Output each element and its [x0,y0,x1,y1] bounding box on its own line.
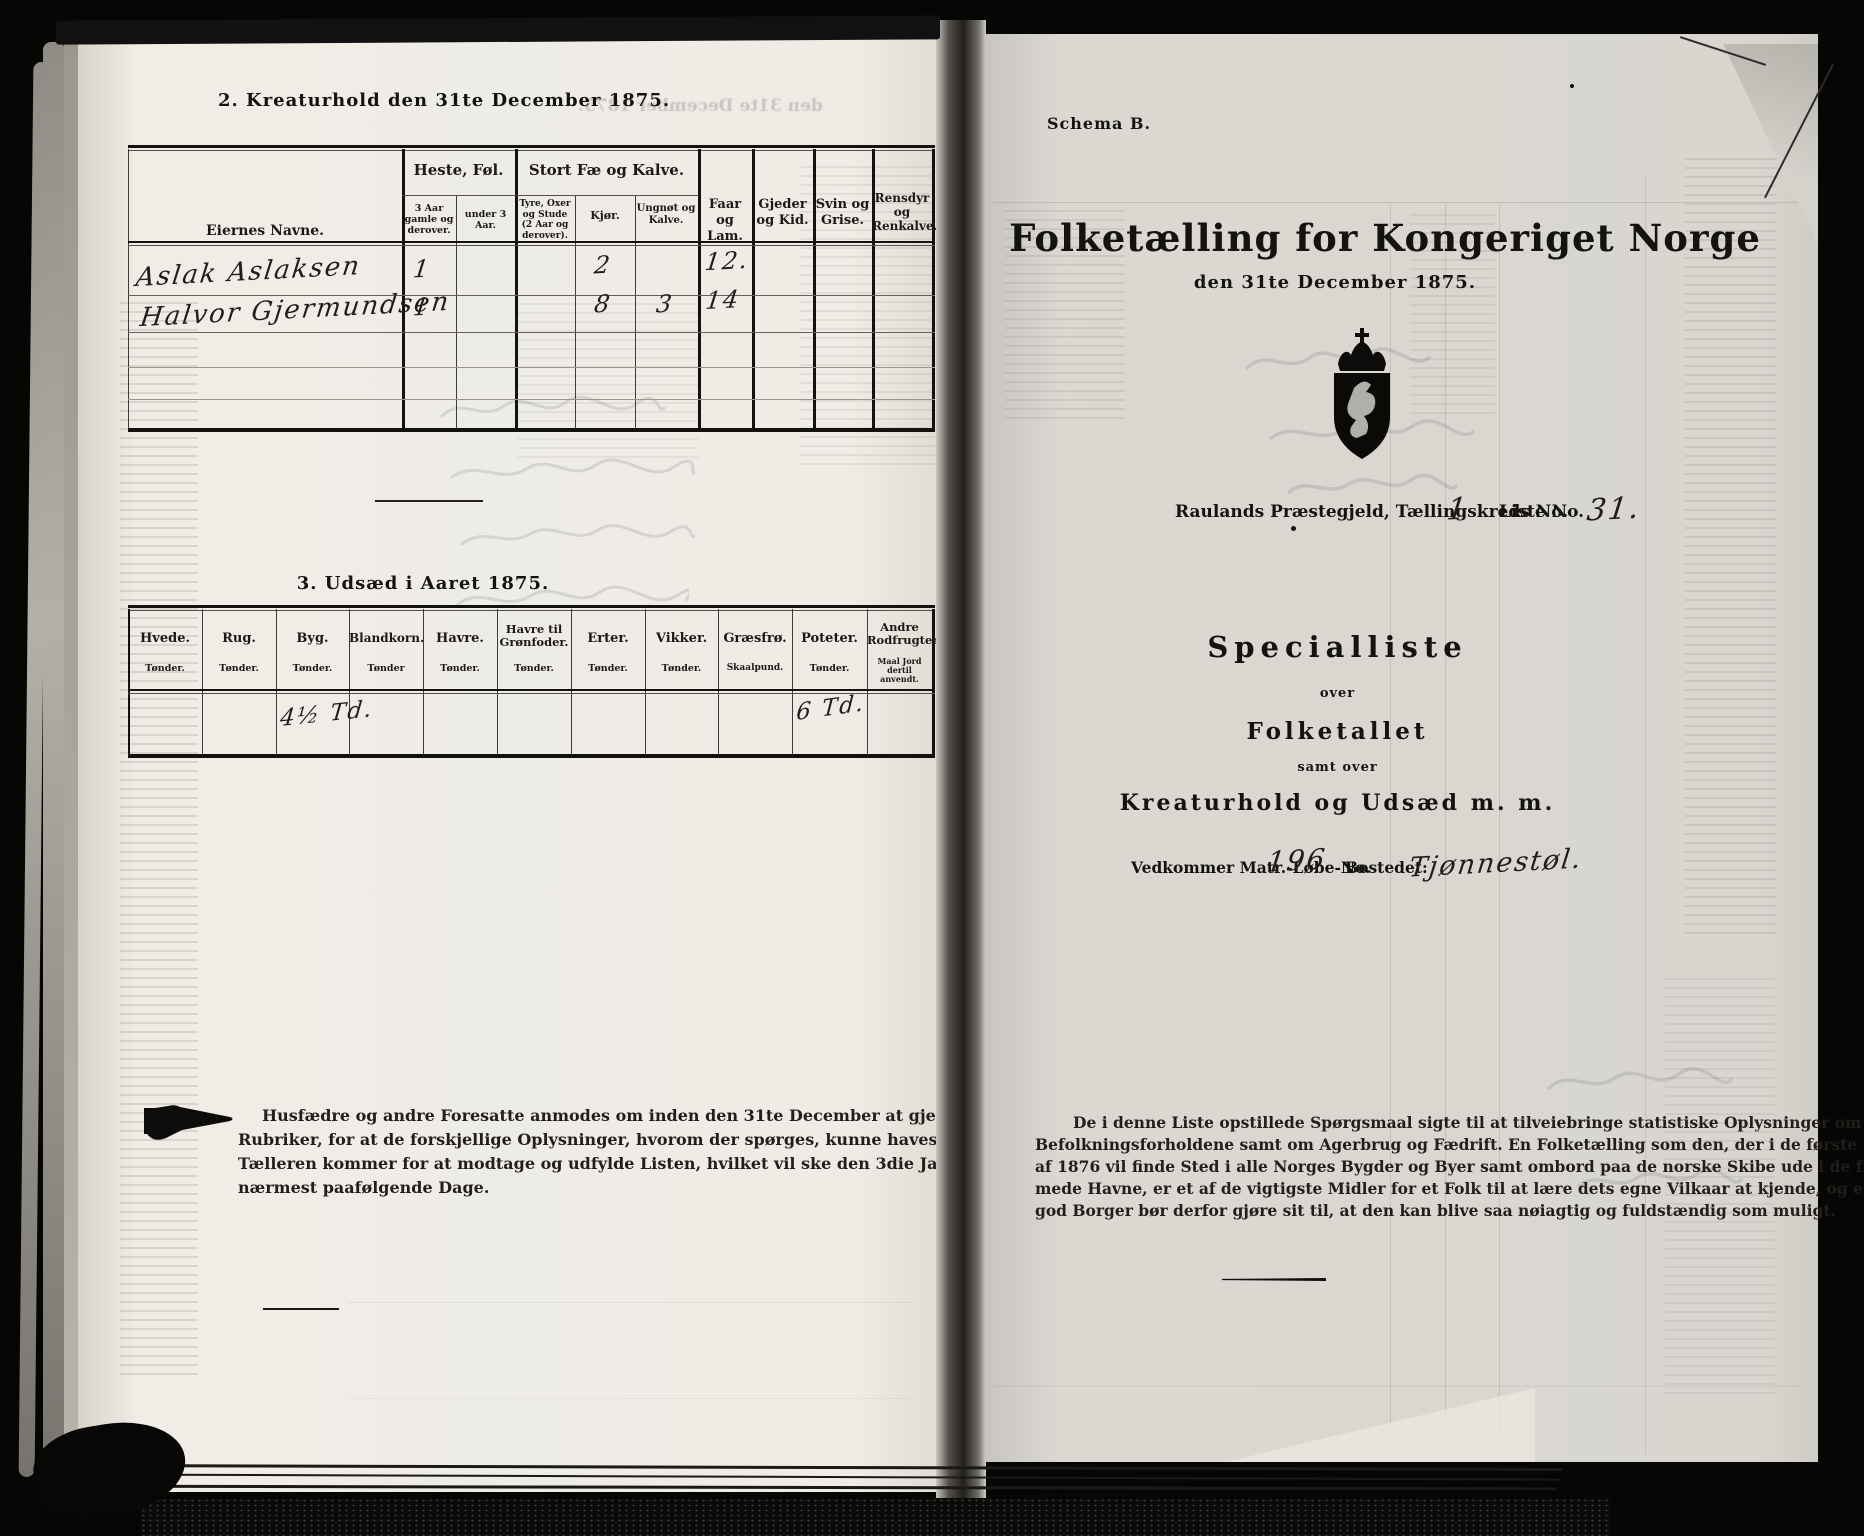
column-header-heste-under3: under 3 Aar. [457,209,514,231]
column-header-byg: Byg. [276,631,349,646]
ink-dot [1291,526,1296,531]
table-gridline [575,195,576,432]
table-rowline [128,399,935,400]
district-number-entry: 1 [1445,491,1470,527]
column-unit-vikker: Tønder. [645,663,718,674]
section-divider [375,500,483,502]
bosted-entry: Tjønnestøl. [1407,843,1584,883]
page-stack-edge [64,32,79,1492]
column-header-havre-gronfoder: Havre til Grønfoder. [497,623,571,649]
page-fold-highlight [1225,1388,1535,1462]
column-group-heste: Heste, Føl. [402,161,515,179]
over-label: over [985,686,1690,701]
column-header-gjeder-kid: Gjeder og Kid. [752,197,813,229]
samt-over-label: samt over [985,760,1690,775]
left-page: den 31te December 1875. 2. Kreaturhold d… [78,30,938,1492]
paragraph-line: god Borger bør derfor gjøre sit til, at … [1035,1200,1864,1222]
column-unit-andre-rodfrugter: Maal Jord dertil anvendt. [867,657,932,684]
cell-value: 1 [398,254,445,285]
ghost-gridline [348,1398,913,1399]
liste-label: Liste No. [1499,502,1584,522]
column-unit-hvede: Tønder. [128,663,202,674]
cell-value: 12. [698,245,755,276]
table-gridline [752,149,755,432]
table-border [128,145,935,148]
table-border [128,689,935,691]
column-header-kjor: Kjør. [575,209,635,222]
specialliste-heading: Specialliste [985,630,1690,664]
column-header-andre-rodfrugter: Andre Rodfrugter. [867,621,932,647]
ghost-text-column [120,295,198,1375]
ghost-handwriting [1545,1064,1735,1100]
paragraph-line: af 1876 vil finde Sted i alle Norges Byg… [1035,1156,1864,1178]
column-unit-havre-gronfoder: Tønder. [497,663,571,674]
owner-name-entry: Aslak Aslaksen [134,251,363,293]
kreaturhold-udsaed-heading: Kreaturhold og Udsæd m. m. [985,790,1690,816]
column-header-vikker: Vikker. [645,631,718,646]
ghost-handwriting [448,455,698,489]
column-header-rensdyr: Rensdyr og Renkalve. [872,191,932,233]
column-header-faar-lam: Faar og Lam. [698,197,752,245]
kreaturhold-title: 2. Kreaturhold den 31te December 1875. [218,90,628,111]
folketallet-heading: Folketallet [985,718,1690,745]
matr-label: Vedkommer Matr.-Løbe-No. [1131,858,1371,877]
table-border [128,754,935,758]
table-gridline [932,149,935,432]
ghost-gridline [1499,204,1500,1434]
district-line: Raulands Præstegjeld, Tællingskreds No. … [985,496,1818,536]
ghost-gridline [348,1302,913,1303]
book-spine [936,20,986,1510]
paragraph-line: Befolkningsforholdene samt om Agerbrug o… [1035,1134,1864,1156]
table-gridline [515,149,518,432]
column-unit-graesfro: Skaalpund. [718,663,792,673]
column-group-stort-fae: Stort Fæ og Kalve. [515,161,698,179]
stray-mark [263,1308,339,1310]
paragraph-end-rule [1222,1278,1326,1281]
table-border [128,241,935,243]
column-header-owners: Eiernes Navne. [128,223,402,239]
ghost-text-column [1685,154,1777,934]
paragraph-line: mede Havne, er et af de vigtigste Midler… [1035,1178,1864,1200]
right-page: Schema B. Folketælling for Kongeriget No… [985,34,1818,1462]
table-gridline [515,195,698,196]
table-border [128,605,935,608]
column-unit-blandkorn: Tønder [349,663,423,674]
column-header-tyre-oxer: Tyre, Oxer og Stude (2 Aar og derover). [516,199,574,241]
column-header-svin-grise: Svin og Grise. [813,197,872,229]
ink-dot [1570,84,1574,88]
liste-number-entry: 31. [1585,490,1643,528]
table-border [128,428,935,432]
column-unit-byg: Tønder. [276,663,349,674]
schema-label: Schema B. [1047,114,1151,133]
udsaed-table: Hvede. Tønder. Rug. Tønder. Byg. Tønder.… [128,605,935,758]
column-unit-poteter: Tønder. [792,663,867,674]
table-rowline [128,367,935,368]
cell-value-poteter: 6 Td. [795,690,866,726]
table-rowline [128,332,935,333]
column-header-poteter: Poteter. [792,631,867,646]
census-subtitle: den 31te December 1875. [985,272,1685,293]
column-unit-rug: Tønder. [202,663,276,674]
census-book-scan: den 31te December 1875. 2. Kreaturhold d… [0,0,1864,1536]
table-gridline [932,609,935,755]
paragraph-line: De i denne Liste opstillede Spørgsmaal s… [1035,1112,1864,1134]
cell-value: 14 [694,284,751,315]
table-gridline [128,149,129,432]
coat-of-arms-icon [1321,326,1403,470]
column-unit-havre: Tønder. [423,663,497,674]
column-header-graesfro: Græsfrø. [718,631,792,646]
table-border [128,610,935,611]
table-gridline [813,149,816,432]
census-title: Folketælling for Kongeriget Norge [985,216,1785,260]
table-gridline [402,195,515,196]
cell-value-byg: 4½ Td. [279,696,375,732]
table-surface [140,1498,1610,1536]
column-header-heste-3aar: 3 Aar gamle og derover. [403,203,455,236]
manicule-icon [144,1102,236,1146]
cell-value: 1 [398,292,445,323]
matrikkel-line: Vedkommer Matr.-Løbe-No. 196 Bostedet: T… [985,850,1818,896]
column-header-ungnot: Ungnøt og Kalve. [636,203,696,226]
table-rowline [128,295,935,296]
table-gridline [635,195,636,432]
cell-value: 2 [576,250,629,281]
cell-value: 3 [638,289,691,320]
column-header-havre: Havre. [423,631,497,646]
udsaed-title: 3. Udsæd i Aaret 1875. [268,573,578,594]
column-header-erter: Erter. [571,631,645,646]
table-border [128,693,935,694]
column-header-rug: Rug. [202,631,276,646]
column-unit-erter: Tønder. [571,663,645,674]
column-header-blandkorn: Blandkorn. [349,631,423,645]
column-header-hvede: Hvede. [128,631,202,646]
table-border [128,245,935,246]
info-paragraph: De i denne Liste opstillede Spørgsmaal s… [1035,1112,1864,1222]
page-stack-edge [43,42,65,1490]
cell-value: 8 [576,289,629,320]
kreaturhold-table: Eiernes Navne. Heste, Føl. Stort Fæ og K… [128,145,935,432]
matr-number-entry: 196 [1265,842,1328,878]
ghost-handwriting [458,520,698,554]
